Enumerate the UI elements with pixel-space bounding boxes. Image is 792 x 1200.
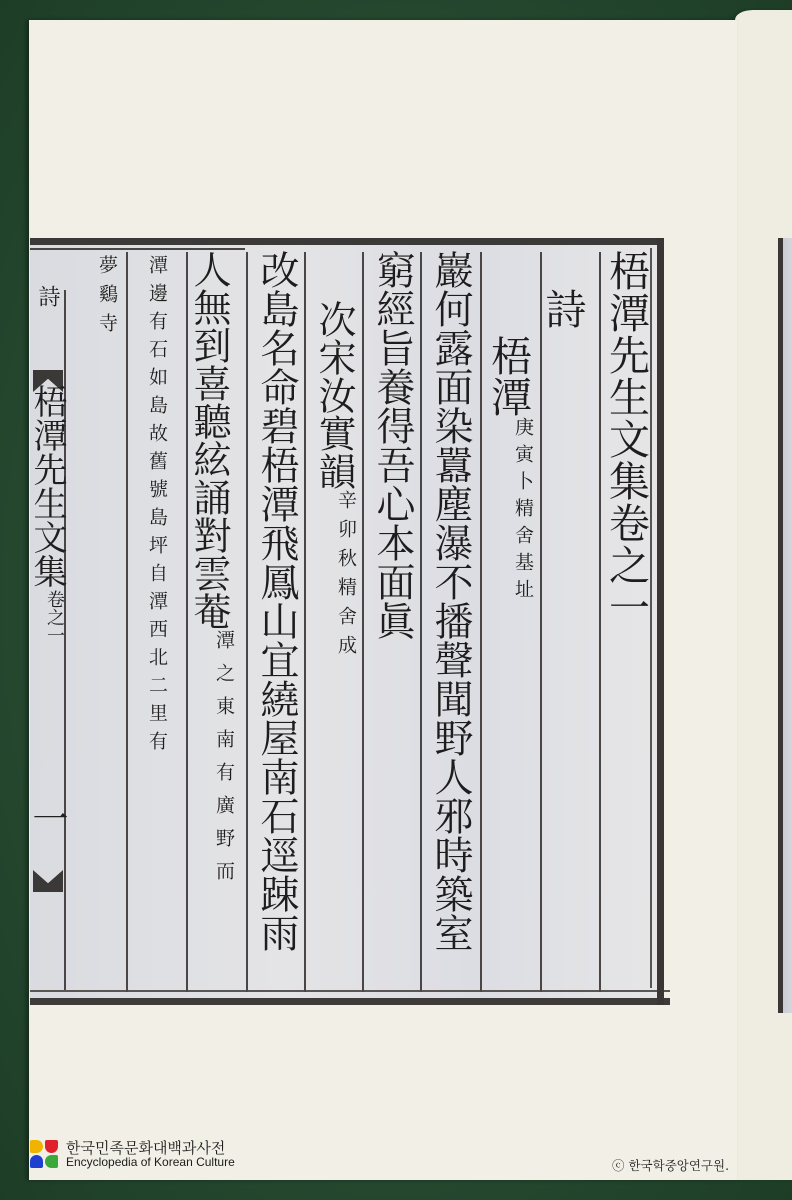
logo-english-text: Encyclopedia of Korean Culture (66, 1155, 235, 1169)
poem-note: 庚寅卜精舍基址 (508, 417, 538, 606)
copyright-notice: ⓒ 한국학중앙연구원. (612, 1156, 729, 1174)
next-page-print-border (778, 238, 792, 1013)
genre-heading: 詩 (535, 288, 590, 329)
logo-mark-icon (30, 1140, 60, 1170)
poem-title-column: 梧潭 庚寅卜精舍基址 (478, 335, 538, 606)
column-rule (540, 252, 542, 992)
poem-line-column: 窮經旨養得吾心本面眞 (363, 250, 421, 640)
poem-note: 辛卯秋精舍成 (331, 490, 361, 664)
fold-title: 梧潭先生文集 卷之一 (30, 384, 64, 644)
frame-right-border (657, 238, 664, 1005)
poem-line-column: 巖何露面染囂塵瀑不播聲聞野人邪時築室 (421, 250, 479, 952)
poem-title: 梧潭 (485, 335, 531, 417)
title-column: 梧潭先生文集卷之一 (601, 250, 651, 628)
logo-korean-text: 한국민족문화대백과사전 (66, 1141, 235, 1155)
fold-page-number: 一 (30, 800, 64, 836)
annotation-column: 潭邊有石如島故舊號島坪自潭西北二里有 (132, 255, 182, 759)
poem-line-column: 人無到喜聽絃誦對雲菴 潭之東南有廣野而 (187, 250, 247, 894)
annotation-column: 夢鷄寺 (90, 255, 124, 342)
fold-margin: 詩 (30, 285, 64, 307)
frame-bottom-border (30, 998, 670, 1005)
poem-line-column: 改島名命碧梧潭飛鳳山宜繞屋南石逕踈雨 (247, 250, 305, 952)
poem-title-column: 次宋汝實韻 辛卯秋精舍成 (305, 300, 363, 664)
fold-genre: 詩 (35, 285, 59, 307)
frame-top-border (30, 238, 662, 245)
title-text: 梧潭先生文集卷之一 (603, 250, 649, 628)
column-rule (126, 252, 128, 992)
poem-note: 潭之東南有廣野而 (209, 630, 239, 894)
encyclopedia-logo[interactable]: 한국민족문화대백과사전 Encyclopedia of Korean Cultu… (30, 1140, 235, 1170)
